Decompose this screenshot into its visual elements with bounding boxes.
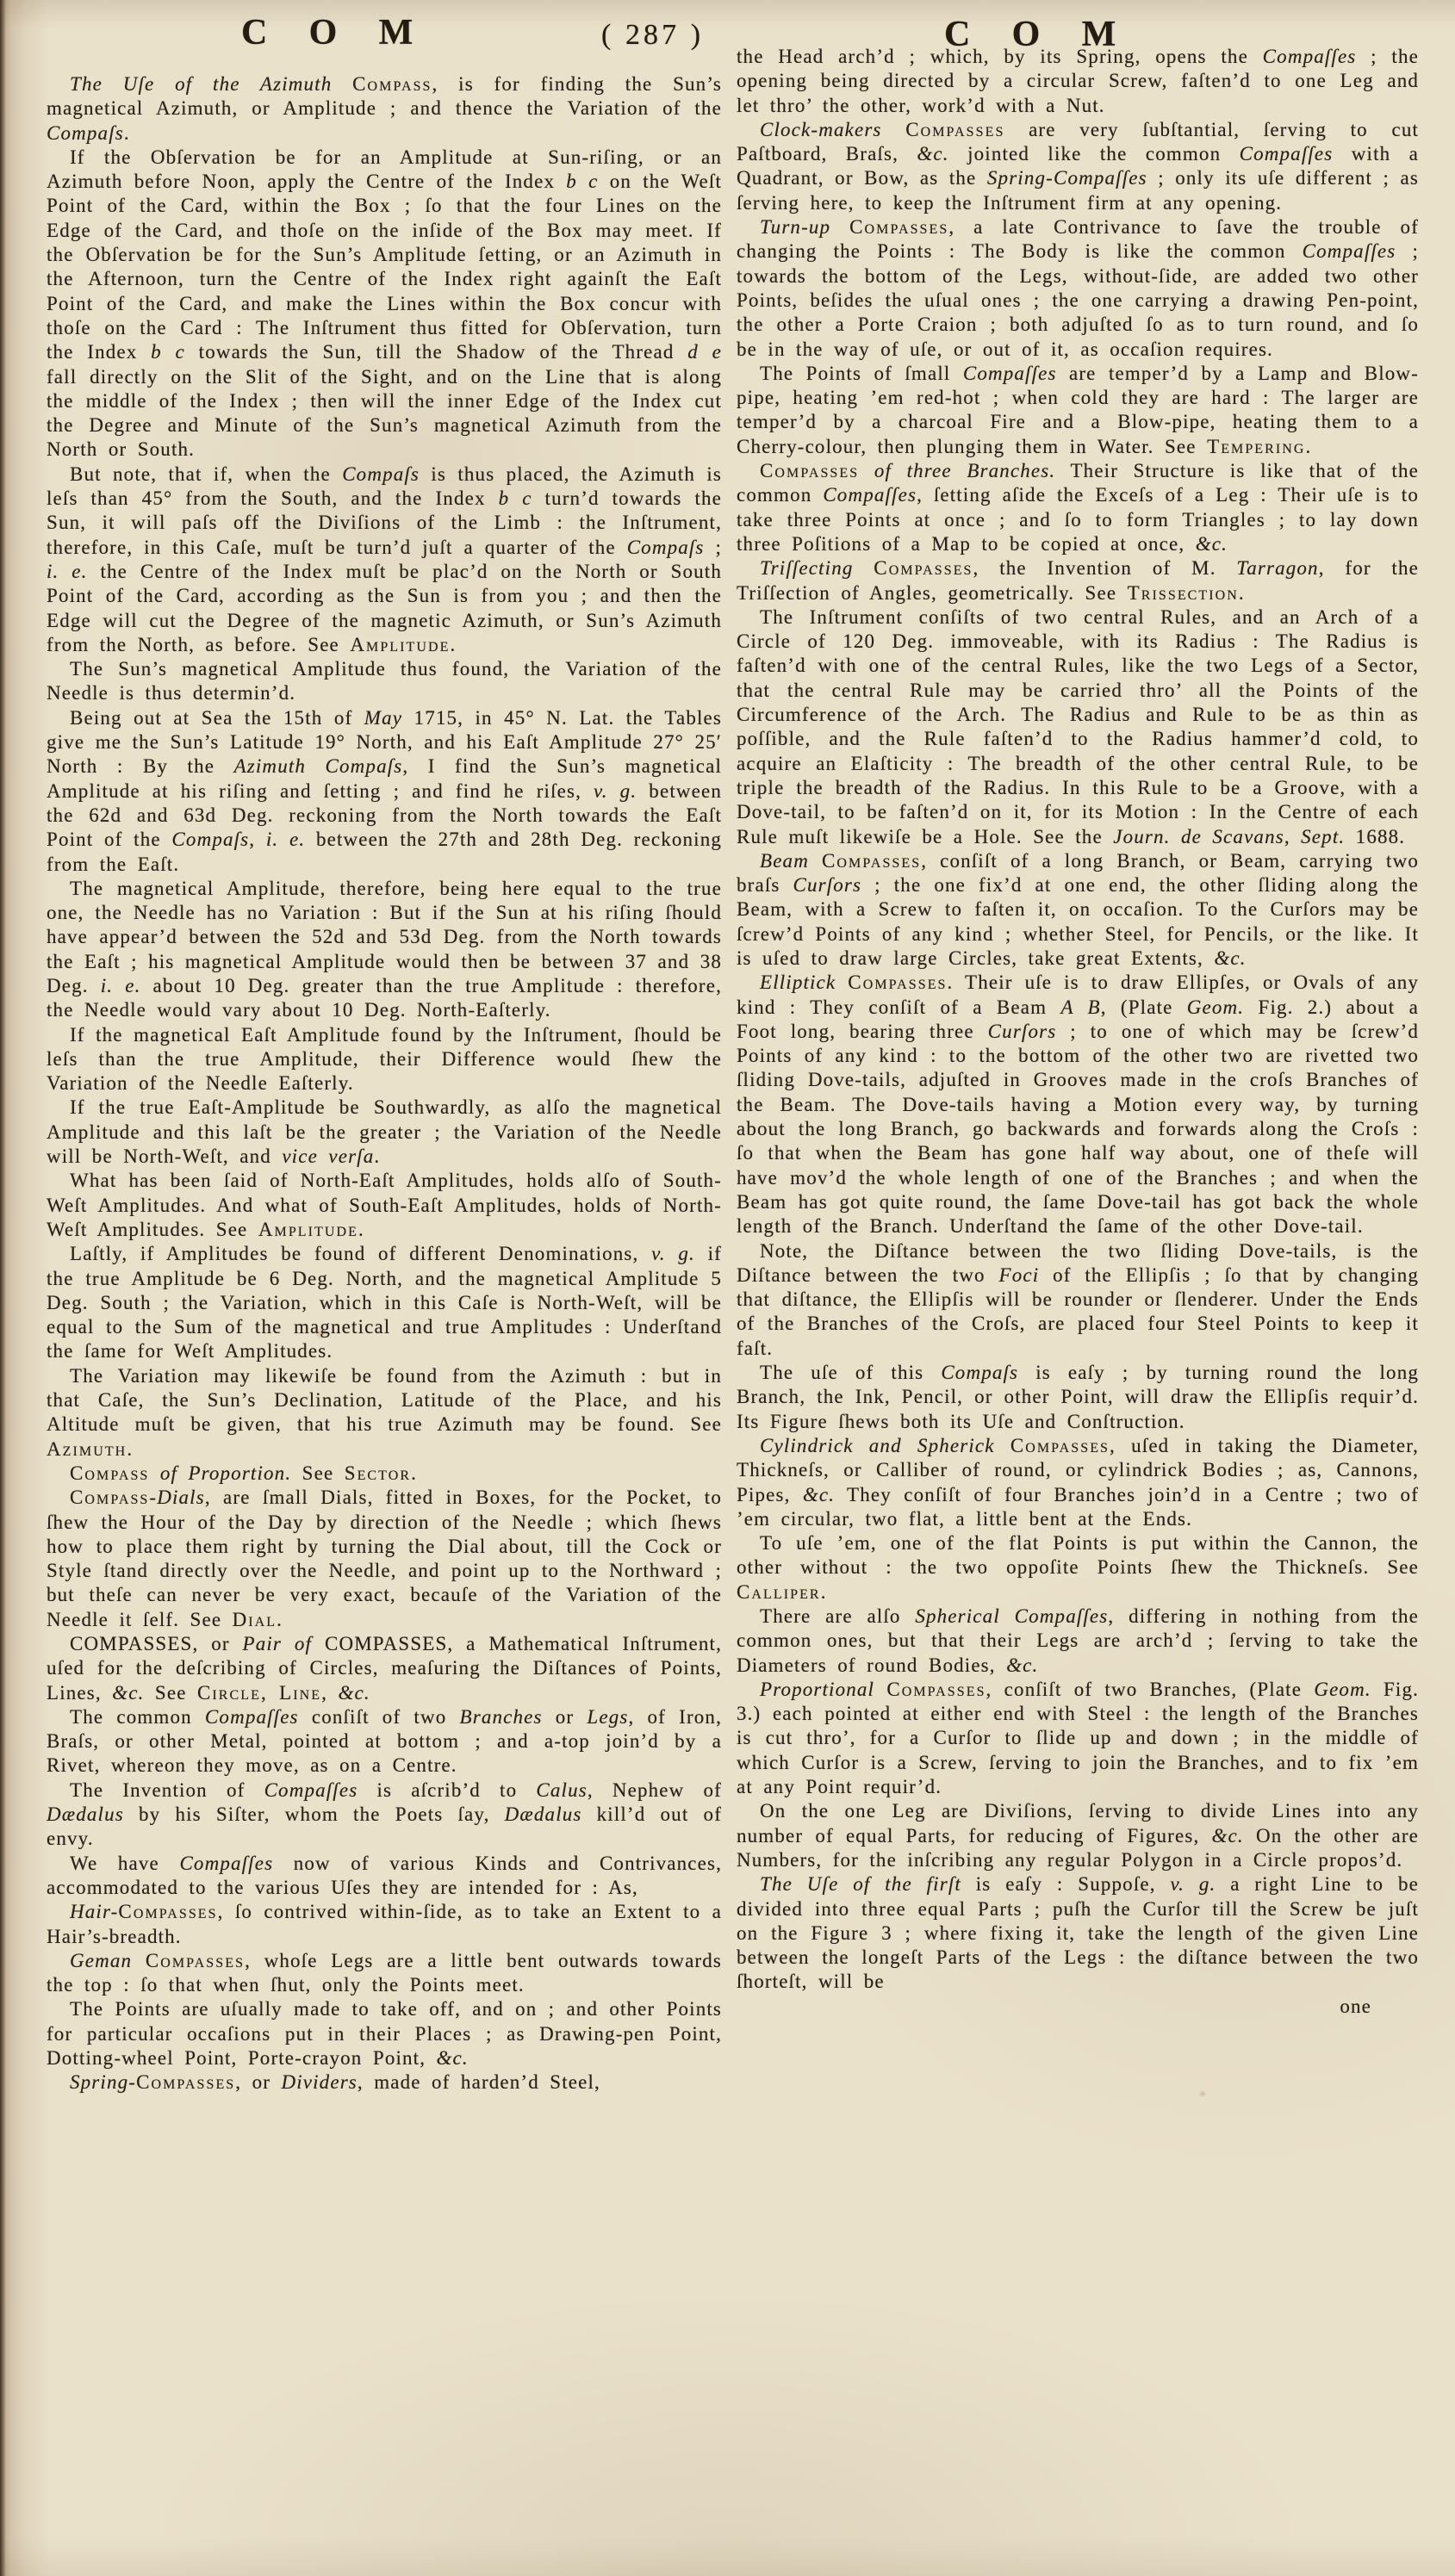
- paragraph: If the true Eaſt-Amplitude be Southwardl…: [47, 1096, 722, 1169]
- italic-text: Compaſſes: [179, 1853, 273, 1874]
- italic-text: &c.: [803, 1484, 835, 1505]
- small-caps-text: Azimuth: [47, 1438, 127, 1460]
- small-caps-text: Tempering: [1207, 436, 1305, 457]
- italic-text: Elliptick: [760, 971, 836, 993]
- italic-text: Spring-: [70, 2071, 136, 2093]
- italic-text: i. e.: [266, 829, 305, 850]
- small-caps-text: Compasses: [848, 971, 947, 993]
- paragraph: The Uſe of the Azimuth Compass, is for f…: [47, 72, 722, 146]
- body-text: , or: [235, 2071, 281, 2093]
- italic-text: Beam: [760, 850, 809, 872]
- italic-text: b c: [499, 487, 532, 509]
- body-text: The Variation may likewiſe be found from…: [47, 1365, 722, 1436]
- paragraph: There are alſo Spherical Compaſſes, diff…: [737, 1605, 1419, 1678]
- paragraph: If the magnetical Eaſt Amplitude found b…: [47, 1023, 722, 1096]
- small-caps-text: Compasses: [760, 460, 859, 481]
- italic-text: b c: [566, 171, 598, 192]
- paragraph: Elliptick Compasses. Their uſe is to dra…: [737, 971, 1419, 1238]
- italic-text: Curſors: [988, 1021, 1057, 1042]
- paragraph: The common Compaſſes conſiſt of two Bran…: [47, 1705, 722, 1778]
- body-text: .: [821, 1581, 827, 1603]
- italic-text: Azimuth Compaſs: [234, 755, 403, 777]
- body-text: [809, 850, 822, 872]
- paragraph: Geman Compasses, whoſe Legs are a little…: [47, 1949, 722, 1998]
- small-caps-text: Compasses: [886, 1679, 986, 1700]
- body-text: fall directly on the Slit of the Sight, …: [47, 366, 722, 461]
- body-text: conſiſt of two: [299, 1706, 460, 1728]
- italic-text: b c: [151, 341, 185, 363]
- small-caps-text: Compasses: [849, 216, 948, 238]
- body-text: jointed like the common: [949, 143, 1240, 164]
- body-text: .: [1239, 582, 1245, 604]
- paragraph: The Points are uſually made to take off,…: [47, 1997, 722, 2070]
- body-text: , made of harden’d Steel,: [358, 2071, 600, 2093]
- italic-text: The Uſe of the Azimuth: [70, 73, 352, 95]
- body-text: If the magnetical Eaſt Amplitude found b…: [47, 1024, 722, 1095]
- small-caps-text: Compass: [352, 73, 432, 95]
- paragraph: What has been ſaid of North-Eaſt Amplitu…: [47, 1169, 722, 1242]
- paragraph: The Variation may likewiſe be found from…: [47, 1364, 722, 1462]
- paragraph: Compass-Dials, are ſmall Dials, fitted i…: [47, 1486, 722, 1632]
- body-text: is aſcrib’d to: [358, 1779, 536, 1801]
- italic-text: v. g.: [1170, 1873, 1216, 1895]
- body-text: There are alſo: [760, 1605, 915, 1627]
- paragraph: We have Compaſſes now of various Kinds a…: [47, 1852, 722, 1901]
- italic-text: -Dials: [149, 1487, 204, 1508]
- paragraph: Hair-Compasses, ſo contrived within-ſide…: [47, 1900, 722, 1949]
- paragraph: Triſſecting Compasses, the Invention of …: [737, 556, 1419, 605]
- body-text: .: [374, 1145, 380, 1167]
- paragraph: But note, that if, when the Compaſs is t…: [47, 462, 722, 657]
- body-text: 1688.: [1345, 826, 1405, 847]
- italic-text: Branches: [460, 1706, 543, 1728]
- body-text: To uſe ’em, one of the flat Points is pu…: [737, 1532, 1419, 1578]
- italic-text: A B: [1060, 996, 1100, 1018]
- italic-text: Calus: [536, 1779, 587, 1801]
- small-caps-text: Amplitude: [258, 1219, 358, 1240]
- italic-text: Geman: [70, 1950, 132, 1971]
- small-caps-text: Trissection: [1128, 582, 1239, 604]
- paragraph: Compasses of three Branches. Their Struc…: [737, 459, 1419, 556]
- body-text: , (Plate: [1101, 996, 1187, 1018]
- italic-text: Hair-: [70, 1901, 118, 1922]
- body-text: .: [124, 122, 130, 144]
- body-text: ,: [249, 829, 266, 850]
- paragraph: Laſtly, if Amplitudes be found of differ…: [47, 1242, 722, 1363]
- italic-text: Compaſſes: [1240, 143, 1334, 164]
- small-caps-text: Compass: [70, 1487, 149, 1508]
- italic-text: Curſors: [793, 874, 862, 896]
- body-text: See: [144, 1682, 197, 1704]
- body-text: Laſtly, if Amplitudes be found of differ…: [70, 1243, 651, 1264]
- paragraph: If the Obſervation be for an Amplitude a…: [47, 146, 722, 462]
- page-number: ( 287 ): [601, 19, 704, 52]
- paragraph: The Inſtrument conſiſts of two central R…: [737, 605, 1419, 849]
- italic-text: &c.: [338, 1682, 370, 1704]
- body-text: COMPASSES, or: [70, 1633, 243, 1654]
- small-caps-text: Amplitude: [350, 634, 450, 655]
- italic-text: of Proportion.: [160, 1462, 291, 1484]
- italic-text: v. g.: [651, 1243, 695, 1264]
- paragraph: Clock-makers Compasses are very ſubſtant…: [737, 118, 1419, 215]
- body-text: the Head arch’d ; which, by its Spring, …: [737, 46, 1263, 67]
- italic-text: Cylindrick and Spherick: [760, 1435, 995, 1456]
- small-caps-text: Compasses: [118, 1901, 217, 1922]
- italic-text: Sept.: [1301, 826, 1345, 847]
- italic-text: i. e.: [101, 975, 141, 996]
- body-text: .: [277, 1609, 283, 1630]
- body-text: But note, that if, when the: [70, 463, 342, 485]
- italic-text: May: [364, 707, 402, 729]
- paragraph: Compass of Proportion. See Sector.: [47, 1462, 722, 1486]
- italic-text: Compaſſes: [823, 484, 917, 506]
- body-text: We have: [70, 1853, 179, 1874]
- body-text: [830, 216, 849, 238]
- italic-text: The Uſe of the firſt: [760, 1873, 961, 1895]
- small-caps-text: Dial: [233, 1609, 277, 1630]
- body-text: ,: [1284, 826, 1301, 847]
- body-text: The Sun’s magnetical Amplitude thus foun…: [47, 658, 722, 704]
- italic-text: &c.: [1196, 533, 1228, 555]
- italic-text: &c.: [917, 143, 948, 164]
- italic-text: Spherical Compaſſes: [915, 1605, 1108, 1627]
- small-caps-text: Calliper: [737, 1581, 821, 1603]
- paragraph: The Sun’s magnetical Amplitude thus foun…: [47, 657, 722, 706]
- body-text: They conſiſt of four Branches join’d in …: [737, 1484, 1419, 1530]
- italic-text: Tarragon: [1236, 557, 1318, 579]
- paragraph: Being out at Sea the 15th of May 1715, i…: [47, 706, 722, 877]
- italic-text: Legs: [587, 1706, 628, 1728]
- body-text: .: [127, 1438, 133, 1460]
- body-text: See: [291, 1462, 345, 1484]
- body-text: .: [358, 1219, 364, 1240]
- italic-text: v. g.: [594, 780, 637, 802]
- body-text: , the Invention of M.: [973, 557, 1237, 579]
- small-caps-text: Compass: [70, 1462, 149, 1484]
- italic-text: of three Branches.: [874, 460, 1055, 481]
- italic-text: Turn-up: [760, 216, 830, 238]
- italic-text: Clock-makers: [760, 119, 882, 140]
- italic-text: Compaſs: [342, 463, 420, 485]
- italic-text: Compaſſes: [1303, 240, 1396, 262]
- italic-text: Compaſs: [941, 1362, 1018, 1383]
- body-text: [874, 1679, 886, 1700]
- italic-text: Proportional: [760, 1679, 874, 1700]
- small-caps-text: Compasses: [1010, 1435, 1110, 1456]
- small-caps-text: Circle, Line: [197, 1682, 321, 1704]
- italic-text: &c.: [112, 1682, 144, 1704]
- paragraph: On the one Leg are Diviſions, ſerving to…: [737, 1799, 1419, 1872]
- italic-text: Compaſs: [171, 829, 249, 850]
- body-text: towards the Sun, till the Shadow of the …: [185, 341, 687, 363]
- body-text: [882, 119, 906, 140]
- paragraph: Spring-Compasses, or Dividers, made of h…: [47, 2070, 722, 2095]
- paragraph: Turn-up Compasses, a late Contrivance to…: [737, 215, 1419, 362]
- body-text: The Inſtrument conſiſts of two central R…: [737, 606, 1419, 847]
- italic-text: &c.: [1006, 1654, 1038, 1676]
- italic-text: Compaſſes: [264, 1779, 358, 1801]
- body-text: [836, 971, 848, 993]
- italic-text: &c.: [1212, 1825, 1244, 1847]
- italic-text: vice verſa: [282, 1145, 374, 1167]
- paragraph: The magnetical Amplitude, therefore, bei…: [47, 877, 722, 1023]
- body-text: by his Siſter, whom the Poets ſay,: [124, 1803, 505, 1825]
- body-text: The common: [70, 1706, 205, 1728]
- small-caps-text: Compasses: [822, 850, 921, 872]
- body-text: The Points of ſmall: [760, 363, 963, 384]
- paragraph: The uſe of this Compaſs is eaſy ; by tur…: [737, 1361, 1419, 1434]
- body-text: about 10 Deg. greater than the true Ampl…: [47, 975, 722, 1021]
- italic-text: Dædalus: [47, 1803, 124, 1825]
- italic-text: Geom.: [1187, 996, 1244, 1018]
- body-text: [132, 1950, 146, 1971]
- small-caps-text: Compasses: [146, 1950, 245, 1971]
- italic-text: Compaſs: [47, 122, 124, 144]
- body-text: on the Weſt Point of the Card, within th…: [47, 171, 722, 363]
- small-caps-text: Sector: [345, 1462, 411, 1484]
- paragraph: COMPASSES, or Pair of COMPASSES, a Mathe…: [47, 1632, 722, 1705]
- italic-text: Geom.: [1314, 1679, 1371, 1700]
- italic-text: Spring-Compaſſes: [987, 167, 1147, 189]
- body-text: , conſiſt of two Branches, (Plate: [986, 1679, 1315, 1700]
- italic-text: Foci: [999, 1264, 1040, 1286]
- italic-text: Dividers: [281, 2071, 357, 2093]
- body-text: [859, 460, 874, 481]
- italic-text: Compaſſes: [963, 363, 1057, 384]
- italic-text: &c.: [437, 2047, 469, 2069]
- paragraph: The Uſe of the firſt is eaſy : Suppoſe, …: [737, 1872, 1419, 1994]
- small-caps-text: Compasses: [136, 2071, 235, 2093]
- book-page: C O M ( 287 ) C O M The Uſe of the Azimu…: [0, 0, 1455, 2576]
- body-text: , Nephew of: [588, 1779, 722, 1801]
- italic-text: Dædalus: [505, 1803, 582, 1825]
- italic-text: &c.: [1214, 947, 1246, 969]
- body-text: The uſe of this: [760, 1362, 941, 1383]
- column-right: the Head arch’d ; which, by its Spring, …: [737, 45, 1419, 2019]
- body-text: What has been ſaid of North-Eaſt Amplitu…: [47, 1170, 722, 1240]
- running-title-left: C O M: [241, 12, 429, 53]
- italic-text: i. e.: [47, 561, 88, 582]
- body-text: or: [543, 1706, 588, 1728]
- italic-text: d e: [687, 341, 722, 363]
- italic-text: Triſſecting: [760, 557, 854, 579]
- body-text: The Invention of: [70, 1779, 264, 1801]
- body-text: ;: [705, 537, 722, 558]
- paragraph: Beam Compasses, conſiſt of a long Branch…: [737, 849, 1419, 971]
- body-text: ; to one of which may be ſcrew’d Points …: [737, 1021, 1419, 1237]
- paragraph: Proportional Compasses, conſiſt of two B…: [737, 1678, 1419, 1799]
- body-text: [149, 1462, 159, 1484]
- body-text: [854, 557, 874, 579]
- body-text: .: [411, 1462, 417, 1484]
- body-text: If the true Eaſt-Amplitude be Southwardl…: [47, 1096, 722, 1167]
- small-caps-text: Compasses: [874, 557, 973, 579]
- body-text: .: [450, 634, 456, 655]
- body-text: is eaſy : Suppoſe,: [961, 1873, 1171, 1895]
- small-caps-text: Compasses: [905, 119, 1004, 140]
- italic-text: Journ. de Scavans: [1113, 826, 1284, 847]
- paragraph: Note, the Diſtance between the two ſlidi…: [737, 1239, 1419, 1361]
- paragraph: The Invention of Compaſſes is aſcrib’d t…: [47, 1778, 722, 1852]
- body-text: [995, 1435, 1010, 1456]
- italic-text: Compaſs: [627, 537, 705, 558]
- paragraph: To uſe ’em, one of the flat Points is pu…: [737, 1531, 1419, 1605]
- paragraph: The Points of ſmall Compaſſes are temper…: [737, 362, 1419, 459]
- paragraph: the Head arch’d ; which, by its Spring, …: [737, 45, 1419, 118]
- italic-text: Pair of: [243, 1633, 313, 1654]
- paragraph: Cylindrick and Spherick Compasses, uſed …: [737, 1434, 1419, 1531]
- body-text: ,: [321, 1682, 338, 1704]
- catchword: one: [737, 1995, 1419, 2019]
- italic-text: Compaſſes: [205, 1706, 299, 1728]
- italic-text: Compaſſes: [1263, 46, 1357, 67]
- body-text: .: [1306, 436, 1312, 457]
- column-left: The Uſe of the Azimuth Compass, is for f…: [47, 72, 722, 2095]
- body-text: Being out at Sea the 15th of: [70, 707, 364, 729]
- body-text: The Points are uſually made to take off,…: [47, 1998, 722, 2069]
